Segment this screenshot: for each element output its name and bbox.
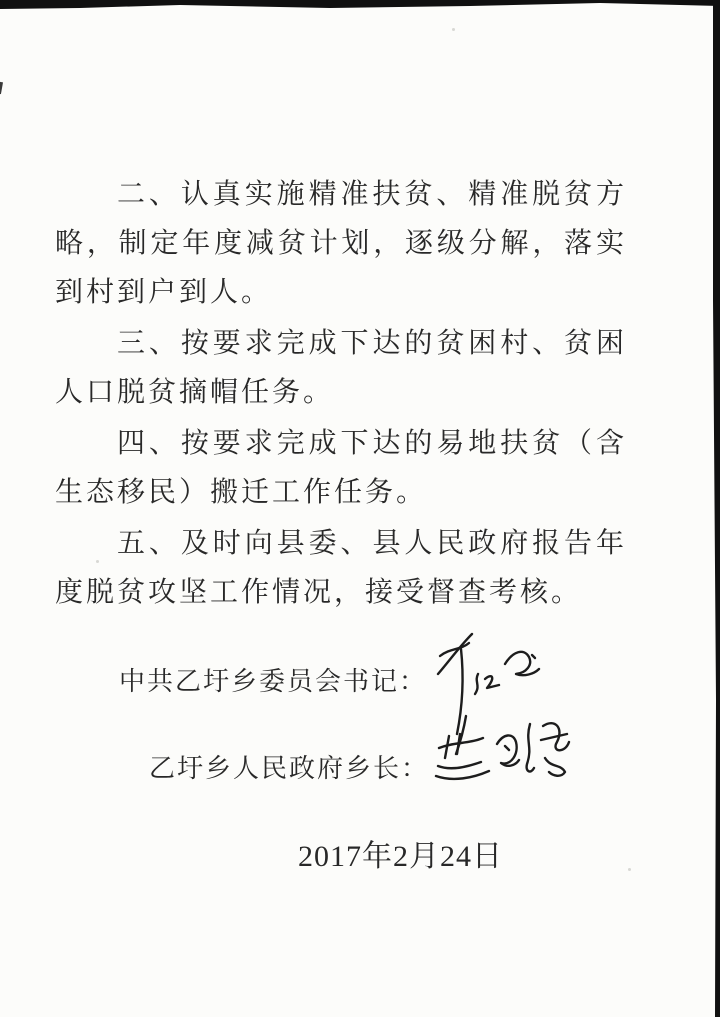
township-head-handwritten-signature: [433, 716, 583, 791]
scan-left-speck: [0, 82, 3, 94]
scan-right-edge: [710, 0, 720, 1017]
township-head-signature-label: 乙圩乡人民政府乡长：: [149, 748, 429, 785]
scanned-document-page: 二、认真实施精准扶贫、精准脱贫方略，制定年度减贫计划，逐级分解，落实到村到户到人…: [0, 0, 720, 1017]
clause-3-paragraph: 三、按要求完成下达的贫困村、贫困人口脱贫摘帽任务。: [55, 319, 627, 417]
scan-noise-speck: [628, 868, 631, 871]
secretary-signature-label: 中共乙圩乡委员会书记：: [119, 661, 427, 698]
document-body: 二、认真实施精准扶贫、精准脱贫方略，制定年度减贫计划，逐级分解，落实到村到户到人…: [55, 170, 627, 617]
document-date: 2017年2月24日: [298, 831, 503, 875]
clause-2-paragraph: 二、认真实施精准扶贫、精准脱贫方略，制定年度减贫计划，逐级分解，落实到村到户到人…: [55, 170, 627, 317]
clause-5-paragraph: 五、及时向县委、县人民政府报告年度脱贫攻坚工作情况，接受督查考核。: [55, 519, 627, 617]
scan-top-edge: [0, 0, 720, 10]
clause-4-paragraph: 四、按要求完成下达的易地扶贫（含生态移民）搬迁工作任务。: [55, 419, 627, 517]
scan-noise-speck: [452, 28, 455, 31]
